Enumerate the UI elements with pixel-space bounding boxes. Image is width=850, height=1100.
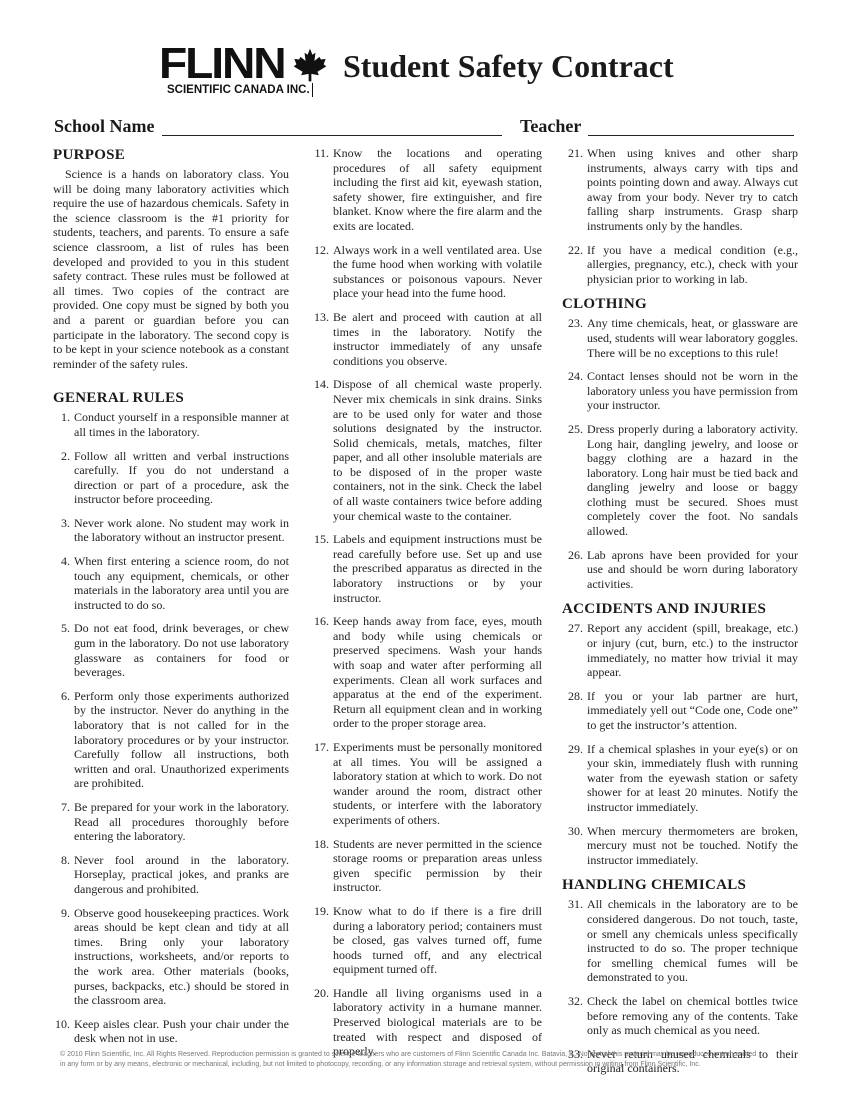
rule-number: 25. (562, 422, 587, 539)
footer-line-1: © 2010 Flinn Scientific, Inc. All Rights… (60, 1050, 790, 1060)
teacher-label: Teacher (520, 116, 581, 137)
rule-number: 16. (308, 614, 333, 731)
rule-item: 32.Check the label on chemical bottles t… (562, 994, 798, 1038)
school-name-field[interactable] (162, 135, 502, 136)
rule-text: Be prepared for your work in the laborat… (74, 800, 289, 844)
logo-wordmark: FLINN (159, 42, 285, 86)
rule-text: Keep hands away from face, eyes, mouth a… (333, 614, 542, 731)
rule-number: 27. (562, 621, 587, 679)
rule-item: 28.If you or your lab partner are hurt, … (562, 689, 798, 733)
rule-number: 13. (308, 310, 333, 368)
school-name-label: School Name (54, 116, 155, 137)
rule-text: When mercury thermometers are broken, me… (587, 824, 798, 868)
logo-subtitle: SCIENTIFIC CANADA INC. (167, 83, 313, 97)
rule-number: 20. (308, 986, 333, 1059)
rule-text: All chemicals in the laboratory are to b… (587, 897, 798, 985)
rule-item: 6.Perform only those experiments authori… (53, 689, 289, 791)
rule-text: When using knives and other sharp instru… (587, 146, 798, 234)
rule-text: Handle all living organisms used in a la… (333, 986, 542, 1059)
rule-item: 31.All chemicals in the laboratory are t… (562, 897, 798, 985)
rule-item: 13.Be alert and proceed with caution at … (308, 310, 542, 368)
rule-text: Never fool around in the laboratory. Hor… (74, 853, 289, 897)
rule-number: 7. (53, 800, 74, 844)
rule-text: If a chemical splashes in your eye(s) or… (587, 742, 798, 815)
rule-number: 8. (53, 853, 74, 897)
column-1: PURPOSE Science is a hands on laboratory… (53, 146, 289, 1055)
rule-item: 21.When using knives and other sharp ins… (562, 146, 798, 234)
rule-text: If you or your lab partner are hurt, imm… (587, 689, 798, 733)
rule-item: 9.Observe good housekeeping practices. W… (53, 906, 289, 1008)
column-2: 11.Know the locations and operating proc… (308, 146, 542, 1068)
rule-number: 28. (562, 689, 587, 733)
rule-text: Report any accident (spill, breakage, et… (587, 621, 798, 679)
rule-item: 5.Do not eat food, drink beverages, or c… (53, 621, 289, 679)
rule-number: 21. (562, 146, 587, 234)
rule-item: 3.Never work alone. No student may work … (53, 516, 289, 545)
rule-number: 11. (308, 146, 333, 234)
copyright-footer: © 2010 Flinn Scientific, Inc. All Rights… (60, 1050, 790, 1070)
rule-item: 30.When mercury thermometers are broken,… (562, 824, 798, 868)
column-3: 21.When using knives and other sharp ins… (562, 146, 798, 1085)
rule-item: 7.Be prepared for your work in the labor… (53, 800, 289, 844)
rule-number: 2. (53, 449, 74, 507)
rule-number: 22. (562, 243, 587, 287)
purpose-text: Science is a hands on laboratory class. … (53, 167, 289, 371)
footer-line-2: in any form or by any means, electronic … (60, 1060, 790, 1070)
rule-text: Dress properly during a laboratory activ… (587, 422, 798, 539)
rule-number: 32. (562, 994, 587, 1038)
rule-number: 18. (308, 837, 333, 895)
header: FLINN SCIENTIFIC CANADA INC. Student Saf… (155, 42, 715, 112)
rule-item: 23.Any time chemicals, heat, or glasswar… (562, 316, 798, 360)
rule-number: 14. (308, 377, 333, 523)
rule-number: 6. (53, 689, 74, 791)
rule-text: Never work alone. No student may work in… (74, 516, 289, 545)
flinn-logo: FLINN SCIENTIFIC CANADA INC. (155, 42, 335, 104)
rule-text: When first entering a science room, do n… (74, 554, 289, 612)
rule-text: Always work in a well ventilated area. U… (333, 243, 542, 301)
rule-item: 17.Experiments must be personally monito… (308, 740, 542, 828)
rule-text: Follow all written and verbal instructio… (74, 449, 289, 507)
rule-item: 12.Always work in a well ventilated area… (308, 243, 542, 301)
rule-text: Conduct yourself in a responsible manner… (74, 410, 289, 439)
rule-text: Lab aprons have been provided for your u… (587, 548, 798, 592)
rule-item: 4.When first entering a science room, do… (53, 554, 289, 612)
rule-item: 25.Dress properly during a laboratory ac… (562, 422, 798, 539)
rule-item: 15.Labels and equipment instructions mus… (308, 532, 542, 605)
rule-number: 26. (562, 548, 587, 592)
accidents-heading: ACCIDENTS AND INJURIES (562, 600, 798, 618)
rule-text: Contact lenses should not be worn in the… (587, 369, 798, 413)
rule-text: Observe good housekeeping practices. Wor… (74, 906, 289, 1008)
maple-leaf-icon (293, 48, 327, 82)
rule-item: 16.Keep hands away from face, eyes, mout… (308, 614, 542, 731)
rule-item: 8.Never fool around in the laboratory. H… (53, 853, 289, 897)
rule-text: Perform only those experiments authorize… (74, 689, 289, 791)
teacher-field[interactable] (588, 135, 794, 136)
page-title: Student Safety Contract (343, 48, 674, 85)
rule-item: 10.Keep aisles clear. Push your chair un… (53, 1017, 289, 1046)
rule-item: 24.Contact lenses should not be worn in … (562, 369, 798, 413)
rule-text: Check the label on chemical bottles twic… (587, 994, 798, 1038)
rule-number: 9. (53, 906, 74, 1008)
rule-text: Keep aisles clear. Push your chair under… (74, 1017, 289, 1046)
rule-text: Dispose of all chemical waste properly. … (333, 377, 542, 523)
clothing-heading: CLOTHING (562, 295, 798, 313)
rule-item: 2.Follow all written and verbal instruct… (53, 449, 289, 507)
rule-number: 1. (53, 410, 74, 439)
rule-number: 10. (53, 1017, 74, 1046)
rule-text: Know what to do if there is a fire drill… (333, 904, 542, 977)
rule-item: 27.Report any accident (spill, breakage,… (562, 621, 798, 679)
contract-fields: School Name Teacher (54, 116, 799, 138)
rule-number: 30. (562, 824, 587, 868)
rule-item: 22.If you have a medical condition (e.g.… (562, 243, 798, 287)
rule-text: If you have a medical condition (e.g., a… (587, 243, 798, 287)
rule-text: Students are never permitted in the scie… (333, 837, 542, 895)
general-rules-heading: GENERAL RULES (53, 389, 289, 407)
rule-number: 15. (308, 532, 333, 605)
rule-number: 31. (562, 897, 587, 985)
purpose-heading: PURPOSE (53, 146, 289, 164)
rule-number: 23. (562, 316, 587, 360)
rule-number: 19. (308, 904, 333, 977)
rule-item: 11.Know the locations and operating proc… (308, 146, 542, 234)
rule-item: 1.Conduct yourself in a responsible mann… (53, 410, 289, 439)
rule-item: 26.Lab aprons have been provided for you… (562, 548, 798, 592)
rule-text: Be alert and proceed with caution at all… (333, 310, 542, 368)
rule-number: 24. (562, 369, 587, 413)
rule-item: 20.Handle all living organisms used in a… (308, 986, 542, 1059)
rule-item: 14.Dispose of all chemical waste properl… (308, 377, 542, 523)
rule-text: Any time chemicals, heat, or glassware a… (587, 316, 798, 360)
rule-text: Know the locations and operating procedu… (333, 146, 542, 234)
rule-item: 29.If a chemical splashes in your eye(s)… (562, 742, 798, 815)
rule-number: 3. (53, 516, 74, 545)
rule-text: Do not eat food, drink beverages, or che… (74, 621, 289, 679)
rule-number: 4. (53, 554, 74, 612)
rule-item: 19.Know what to do if there is a fire dr… (308, 904, 542, 977)
rule-number: 17. (308, 740, 333, 828)
rule-item: 18.Students are never permitted in the s… (308, 837, 542, 895)
rule-number: 29. (562, 742, 587, 815)
rule-number: 12. (308, 243, 333, 301)
rule-number: 5. (53, 621, 74, 679)
rule-text: Experiments must be personally monitored… (333, 740, 542, 828)
handling-chemicals-heading: HANDLING CHEMICALS (562, 876, 798, 894)
rule-text: Labels and equipment instructions must b… (333, 532, 542, 605)
